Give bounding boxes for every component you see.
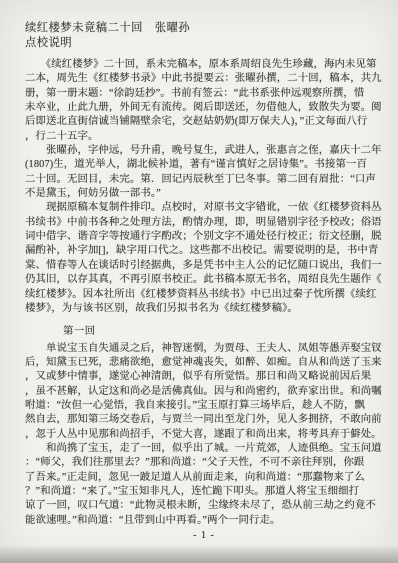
intro-paragraph-3: 现据原稿本复制件排印。点校时，对原书文字错讹，一依《红楼梦资料丛 书续书》中前书…: [25, 201, 383, 316]
page-bottom-scan-shadow: [0, 545, 398, 563]
intro-paragraph-2: 张曜孙，字仲远，号升甫，晚号复生，武进人，张惠言之侄，嘉庆十二年 (1807)生…: [25, 144, 383, 201]
page-number: - 1 -: [25, 529, 383, 543]
story-paragraph-1: 单说宝玉自失通灵之后，神智迷惘，为贾母、王夫人、凤姐等愚弄娶宝钗 后，知黛玉已死…: [25, 342, 383, 442]
section-heading: 点校说明: [25, 36, 383, 51]
text-column: 续红楼梦未竟稿二十回 张曜孙 点校说明 《续红楼梦》二十回，系未完稿本，原本系周…: [25, 21, 383, 543]
intro-paragraph-1: 《续红楼梦》二十回，系未完稿本，原本系周绍良先生珍藏，海内未见第 二本，周先生《…: [25, 58, 383, 144]
chapter-heading: 第一回: [25, 325, 383, 339]
scanned-book-page: 续红楼梦未竟稿二十回 张曜孙 点校说明 《续红楼梦》二十回，系未完稿本，原本系周…: [0, 0, 398, 563]
story-paragraph-2: 和尚携了宝玉，走了一回，似乎出了城。一片荒郊，人迹俱绝。宝玉问道 ：“师父，我们…: [25, 442, 383, 528]
book-title: 续红楼梦未竟稿二十回 张曜孙: [25, 21, 383, 36]
